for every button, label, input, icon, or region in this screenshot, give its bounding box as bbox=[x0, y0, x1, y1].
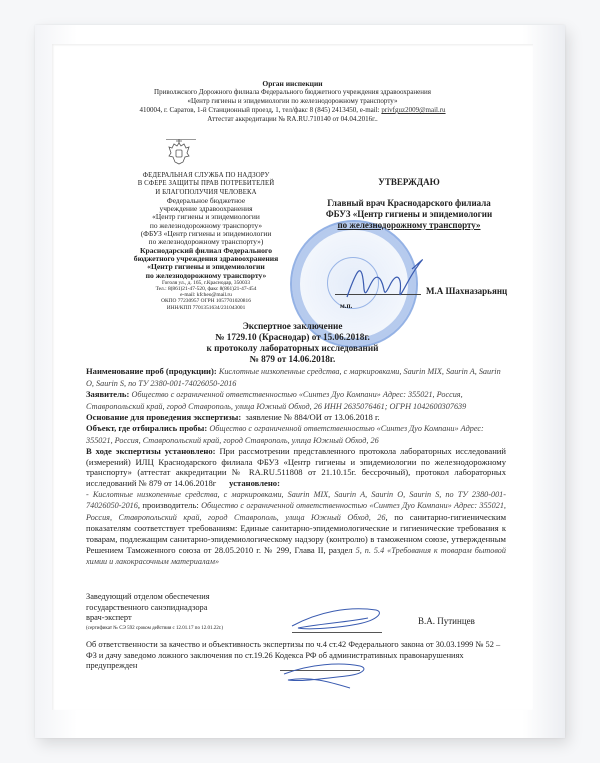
inspection-line-2: «Центр гигиены и эпидемиологии по железн… bbox=[52, 97, 533, 106]
contact-line-5: ИНН/КПП 7701351634/231043001 bbox=[100, 305, 312, 311]
approval-signer: М.А Шахназарьянц bbox=[426, 286, 507, 296]
organization-block: ФЕДЕРАЛЬНАЯ СЛУЖБА ПО НАДЗОРУ В СФЕРЕ ЗА… bbox=[100, 172, 312, 311]
coat-of-arms-icon bbox=[164, 138, 194, 168]
applicant-label: Заявитель: bbox=[86, 389, 129, 399]
conclusion-line-4: № 879 от 14.06.2018г. bbox=[52, 354, 533, 365]
object-label: Объект, где отбирались пробы: bbox=[86, 423, 207, 433]
expert-position-1: Заведующий отделом обеспечения bbox=[86, 592, 506, 603]
responsibility-signature-icon bbox=[280, 660, 370, 690]
expert-signature-icon bbox=[288, 604, 388, 634]
samples-field: Наименование проб (продукции): Кислотные… bbox=[86, 366, 506, 389]
approval-block: УТВЕРЖДАЮ Главный врач Краснодарского фи… bbox=[284, 177, 533, 231]
inspection-title: Орган инспекции bbox=[52, 79, 533, 88]
result-manufacturer-label: , производитель: bbox=[138, 500, 201, 510]
conclusion-body: Наименование проб (продукции): Кислотные… bbox=[86, 366, 506, 568]
inspection-line-3: 410004, г. Саратов, 1-й Станционный прое… bbox=[52, 106, 533, 115]
branch-line-4: по железнодорожному транспорту» bbox=[100, 272, 312, 280]
basis-field: Основание для проведения экспертизы: зая… bbox=[86, 412, 506, 423]
samples-label: Наименование проб (продукции): bbox=[86, 366, 217, 376]
document-page: Орган инспекции Приволжского Дорожного ф… bbox=[52, 44, 533, 710]
approval-signature-icon bbox=[342, 249, 432, 309]
result-field: - Кислотные низкопенные средства, с марк… bbox=[86, 489, 506, 568]
inspection-line-4: Аттестат аккредитации № RA.RU.710140 от … bbox=[52, 115, 533, 124]
applicant-value: Общество с ограниченной ответственностью… bbox=[86, 390, 466, 411]
expert-signer: В.А. Путинцев bbox=[418, 616, 475, 626]
inspection-email-link[interactable]: privfguz2009@mail.ru bbox=[381, 106, 445, 114]
conclusion-line-3: к протоколу лабораторных исследований bbox=[52, 343, 533, 354]
inspection-line-1: Приволжского Дорожного филиала Федеральн… bbox=[52, 88, 533, 97]
object-field: Объект, где отбирались пробы: Общество с… bbox=[86, 423, 506, 446]
conclusion-title: Экспертное заключение № 1729.10 (Краснод… bbox=[52, 321, 533, 365]
established-label: установлено: bbox=[229, 478, 280, 488]
conclusion-line-2: № 1729.10 (Краснодар) от 15.06.2018г. bbox=[52, 332, 533, 343]
findings-label: В ходе экспертизы установлено: bbox=[86, 446, 216, 456]
inspection-address: 410004, г. Саратов, 1-й Станционный прое… bbox=[139, 106, 381, 114]
approval-position-1: Главный врач Краснодарского филиала bbox=[284, 198, 533, 209]
basis-value: заявление № 884/ОИ от 13.06.2018 г. bbox=[246, 412, 380, 422]
applicant-field: Заявитель: Общество с ограниченной ответ… bbox=[86, 389, 506, 412]
basis-label: Основание для проведения экспертизы: bbox=[86, 412, 241, 422]
approval-position-3: по железнодорожному транспорту» bbox=[284, 220, 533, 231]
approval-heading: УТВЕРЖДАЮ bbox=[284, 177, 533, 188]
approval-position-2: ФБУЗ «Центр гигиены и эпидемиологии bbox=[284, 209, 533, 220]
inspection-header: Орган инспекции Приволжского Дорожного ф… bbox=[52, 79, 533, 124]
findings-field: В ходе экспертизы установлено: При рассм… bbox=[86, 446, 506, 488]
service-line-2: В СФЕРЕ ЗАЩИТЫ ПРАВ ПОТРЕБИТЕЛЕЙ bbox=[100, 180, 312, 188]
conclusion-line-1: Экспертное заключение bbox=[52, 321, 533, 332]
